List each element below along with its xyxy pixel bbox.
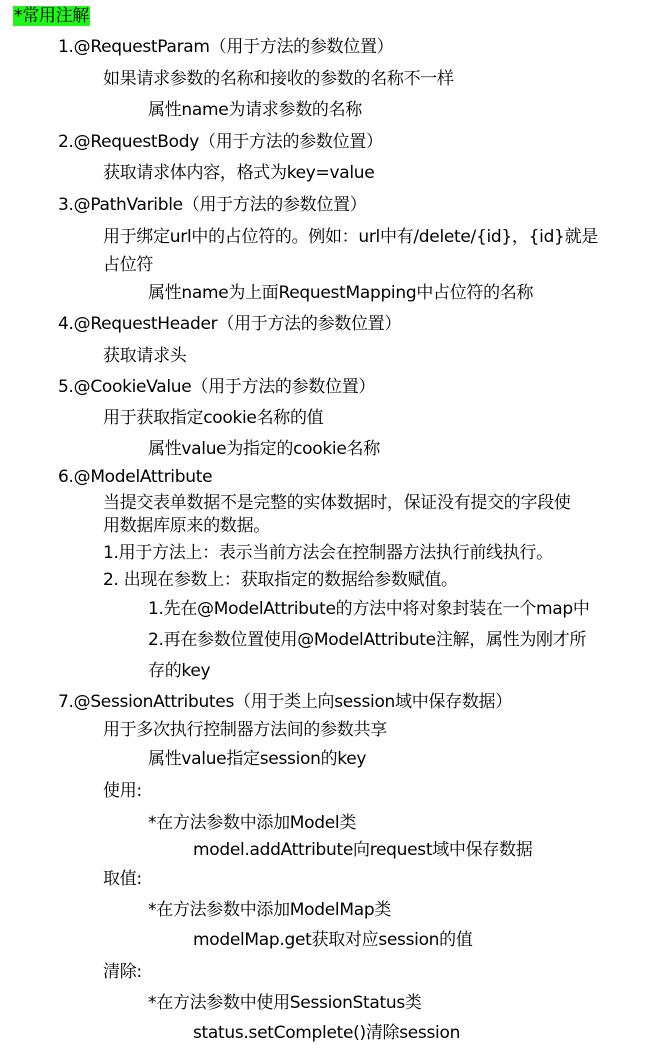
text-line: 属性value为指定的cookie名称: [148, 437, 380, 461]
code-line: status.setComplete()清除session: [193, 1021, 460, 1045]
code-line: model.addAttribute向request域中保存数据: [193, 838, 532, 862]
text-line: 属性name为请求参数的名称: [148, 98, 362, 122]
text-line: 存的key: [148, 659, 210, 683]
heading-session-attributes: 7.@SessionAttributes（用于类上向session域中保存数据）: [58, 690, 512, 714]
text-line: 获取请求头: [103, 344, 187, 368]
subheading-clear: 清除:: [103, 960, 142, 984]
text-line: 占位符: [103, 253, 153, 277]
text-line: 当提交表单数据不是完整的实体数据时，保证没有提交的字段使: [103, 491, 571, 515]
subheading-get-value: 取值:: [103, 867, 142, 891]
text-line: 如果请求参数的名称和接收的参数的名称不一样: [103, 67, 454, 91]
subheading-usage: 使用:: [103, 779, 142, 803]
heading-model-attribute: 6.@ModelAttribute: [58, 465, 212, 489]
text-line: *在方法参数中添加ModelMap类: [148, 898, 391, 922]
text-line: 属性value指定session的key: [148, 747, 366, 771]
heading-cookie-value: 5.@CookieValue（用于方法的参数位置）: [58, 375, 375, 399]
text-line: 用于多次执行控制器方法间的参数共享: [103, 718, 387, 742]
highlighted-title: *常用注解: [13, 6, 90, 26]
text-line: 2. 出现在参数上：获取指定的数据给参数赋值。: [103, 568, 458, 592]
text-line: 用数据库原来的数据。: [103, 514, 270, 538]
text-line: *在方法参数中使用SessionStatus类: [148, 991, 422, 1015]
heading-request-header: 4.@RequestHeader（用于方法的参数位置）: [58, 312, 401, 336]
code-line: modelMap.get获取对应session的值: [193, 928, 473, 952]
section-title: *常用注解: [13, 4, 90, 28]
heading-request-param: 1.@RequestParam（用于方法的参数位置）: [58, 35, 393, 59]
text-line: 1.先在@ModelAttribute的方法中将对象封装在一个map中: [148, 597, 590, 621]
heading-request-body: 2.@RequestBody（用于方法的参数位置）: [58, 130, 383, 154]
heading-path-variable: 3.@PathVarible（用于方法的参数位置）: [58, 193, 366, 217]
text-line: 属性name为上面RequestMapping中占位符的名称: [148, 281, 533, 305]
text-line: 用于绑定url中的占位符的。例如：url中有/delete/{id}，{id}就…: [103, 225, 598, 249]
text-line: 2.再在参数位置使用@ModelAttribute注解，属性为刚才所: [148, 628, 586, 652]
text-line: 获取请求体内容，格式为key=value: [103, 161, 374, 185]
text-line: 1.用于方法上：表示当前方法会在控制器方法执行前线执行。: [103, 541, 553, 565]
text-line: *在方法参数中添加Model类: [148, 811, 356, 835]
text-line: 用于获取指定cookie名称的值: [103, 406, 323, 430]
